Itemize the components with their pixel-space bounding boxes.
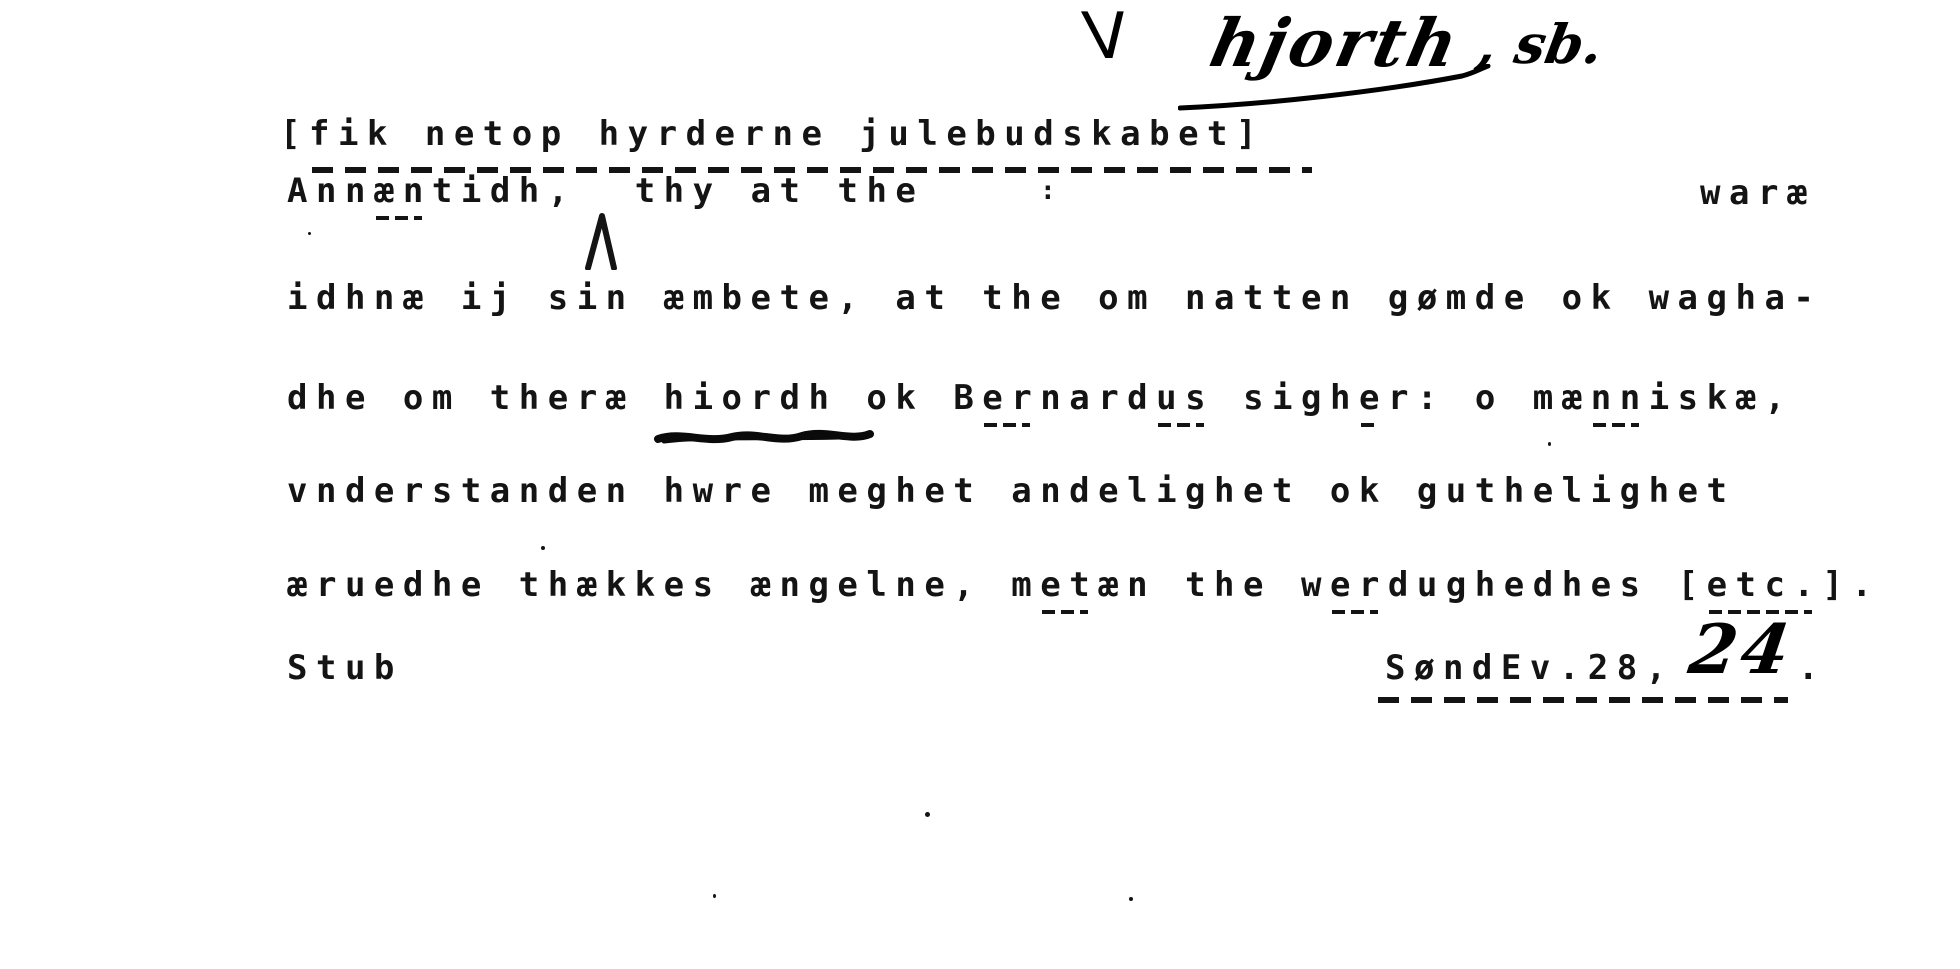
handwritten-citation-number: 24 bbox=[1684, 610, 1798, 690]
body-line-3: idhnæ ij sin æmbete, at the om natten gø… bbox=[287, 278, 1822, 318]
proofmarked-letters: us bbox=[1156, 378, 1214, 418]
body-text: sigh bbox=[1214, 378, 1359, 418]
stray-ink-mark: : bbox=[1040, 176, 1056, 206]
handwritten-underline-flourish bbox=[1178, 64, 1494, 116]
body-text: æn the w bbox=[1098, 565, 1330, 605]
body-line-5: vnderstanden hwre meghet andelighet ok g… bbox=[287, 471, 1736, 511]
body-text: iskæ, bbox=[1649, 378, 1794, 418]
citation-dashed-underline bbox=[1378, 697, 1788, 703]
handwritten-check-mark: V bbox=[1079, 0, 1133, 74]
body-line-2: Annæntidh, thy at the bbox=[287, 171, 924, 211]
body-text: nard bbox=[1040, 378, 1156, 418]
insertion-close-bracket: ] bbox=[1236, 114, 1265, 154]
scribble-underlined-word: hiordh bbox=[664, 378, 838, 418]
proofmarked-letters: nn bbox=[1591, 378, 1649, 418]
proofmarked-letters: et bbox=[1040, 565, 1098, 605]
body-line-6: æruedhe thækkes ængelne, metæn the werdu… bbox=[287, 565, 1880, 605]
body-text: thy at the bbox=[635, 171, 925, 211]
proofmarked-letters: e bbox=[1359, 378, 1388, 418]
proofmarked-letters: æn bbox=[374, 171, 432, 211]
handwritten-scribble-underline bbox=[654, 424, 874, 450]
body-text: Ann bbox=[287, 171, 374, 211]
handwritten-annotation-abbrev: , sb. bbox=[1472, 12, 1608, 76]
citation-final-period: . bbox=[1798, 648, 1827, 688]
etc-open-bracket: [ bbox=[1678, 565, 1707, 605]
body-text: dughedhes bbox=[1388, 565, 1678, 605]
scanned-document-page: V hjorth , sb. [fik netop hyrderne juleb… bbox=[0, 0, 1960, 969]
body-line-4: dhe om theræ hiordh ok Bernardus sigher:… bbox=[287, 378, 1794, 418]
citation-reference: SøndEv.28, bbox=[1385, 648, 1675, 688]
body-text: æruedhe thækkes ængelne, m bbox=[287, 565, 1040, 605]
scan-speckle bbox=[1548, 442, 1551, 446]
interlinear-insertion-line: [fik netop hyrderne julebudskabet] bbox=[280, 114, 1265, 154]
body-text: ok B bbox=[837, 378, 982, 418]
proofmarked-letters: er bbox=[1330, 565, 1388, 605]
scan-speckle bbox=[1129, 897, 1133, 901]
etc-close-bracket: ]. bbox=[1822, 565, 1880, 605]
scan-speckle bbox=[541, 546, 545, 550]
body-text: r: o mæ bbox=[1388, 378, 1591, 418]
attribution-word: Stub bbox=[287, 648, 403, 688]
scan-speckle bbox=[308, 232, 311, 235]
proofmarked-letters: er bbox=[982, 378, 1040, 418]
scan-speckle bbox=[713, 894, 716, 898]
insertion-open-bracket: [ bbox=[280, 114, 309, 154]
body-line-2-right-word: waræ bbox=[1700, 173, 1816, 213]
body-text: tidh, bbox=[432, 171, 577, 211]
scan-speckle bbox=[925, 812, 930, 817]
insertion-caret-icon bbox=[582, 212, 622, 270]
body-text: dhe om theræ bbox=[287, 378, 664, 418]
insertion-text: fik netop hyrderne julebudskabet bbox=[309, 114, 1236, 154]
insertion-gap bbox=[577, 171, 635, 211]
etc-abbreviation: etc. bbox=[1707, 565, 1823, 605]
